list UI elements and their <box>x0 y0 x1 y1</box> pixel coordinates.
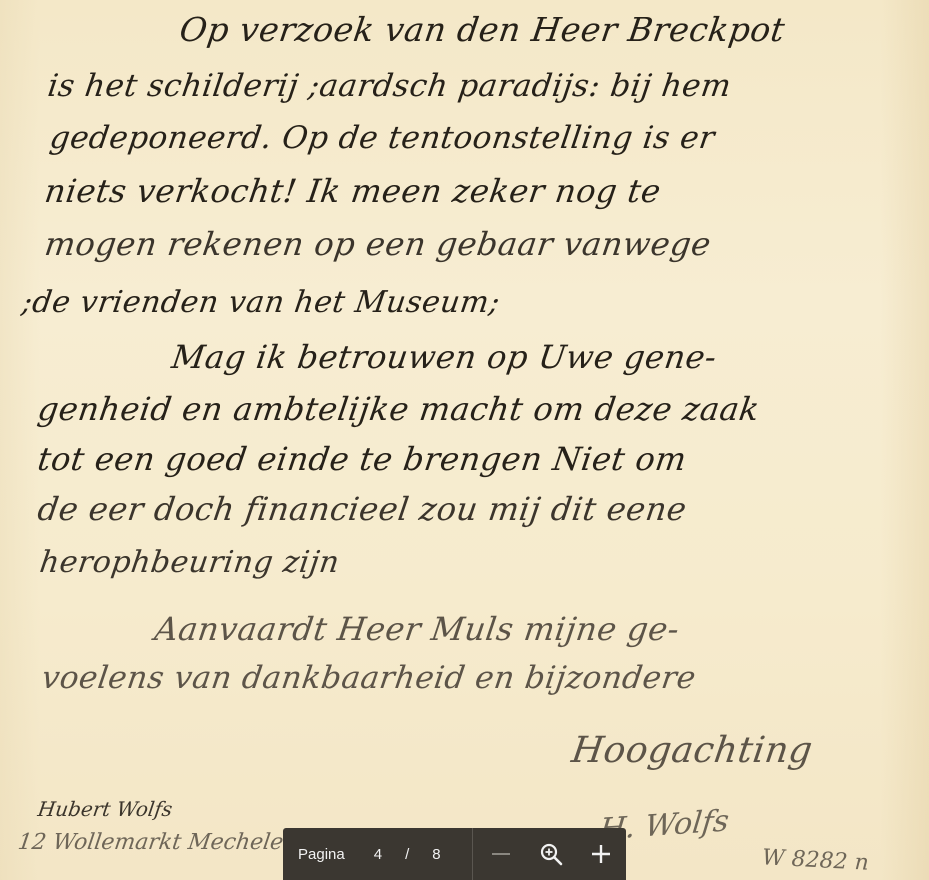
document-viewer: Op verzoek van den Heer Breckpot is het … <box>0 0 929 880</box>
zoom-reset-button[interactable] <box>526 828 576 880</box>
page-separator: / <box>405 846 409 863</box>
letter-line-4: niets verkocht! Ik meen zeker nog te <box>42 172 663 210</box>
letter-line-10: de eer doch financieel zou mij dit eene <box>35 490 689 528</box>
letter-line-9: tot een goed einde te brengen Niet om <box>35 440 689 478</box>
viewer-toolbar: Pagina 4 / 8 <box>283 828 626 880</box>
zoom-in-button[interactable] <box>576 828 626 880</box>
sender-name: Hubert Wolfs <box>36 797 174 821</box>
archive-number: W 8282 n <box>761 845 869 876</box>
zoom-controls <box>473 828 626 880</box>
zoom-out-button[interactable] <box>476 828 526 880</box>
letter-line-11: herophbeuring zijn <box>38 545 342 580</box>
letter-line-7: Mag ik betrouwen op Uwe gene- <box>169 338 719 376</box>
page-label: Pagina <box>298 846 345 863</box>
letter-line-8: genheid en ambtelijke macht om deze zaak <box>35 390 762 428</box>
zoom-in-magnifier-icon <box>539 842 563 866</box>
sender-address: 12 Wollemarkt Mechelen <box>16 830 299 855</box>
letter-line-6: ;de vrienden van het Museum; <box>20 285 503 320</box>
letter-line-3: gedeponeerd. Op de tentoonstelling is er <box>47 120 717 156</box>
total-pages: 8 <box>432 846 440 863</box>
current-page-input[interactable]: 4 <box>374 846 382 863</box>
minus-icon <box>491 844 511 864</box>
letter-line-1: Op verzoek van den Heer Breckpot <box>177 10 787 49</box>
letter-line-5: mogen rekenen op een gebaar vanwege <box>42 225 713 263</box>
letter-line-13: voelens van dankbaarheid en bijzondere <box>39 660 698 696</box>
letter-line-2: is het schilderij ;aardsch paradijs: bij… <box>45 68 733 104</box>
plus-icon <box>591 844 611 864</box>
letter-closing: Hoogachting <box>569 730 815 771</box>
letter-line-12: Aanvaardt Heer Muls mijne ge- <box>152 610 682 648</box>
page-indicator: Pagina 4 / 8 <box>283 828 472 880</box>
